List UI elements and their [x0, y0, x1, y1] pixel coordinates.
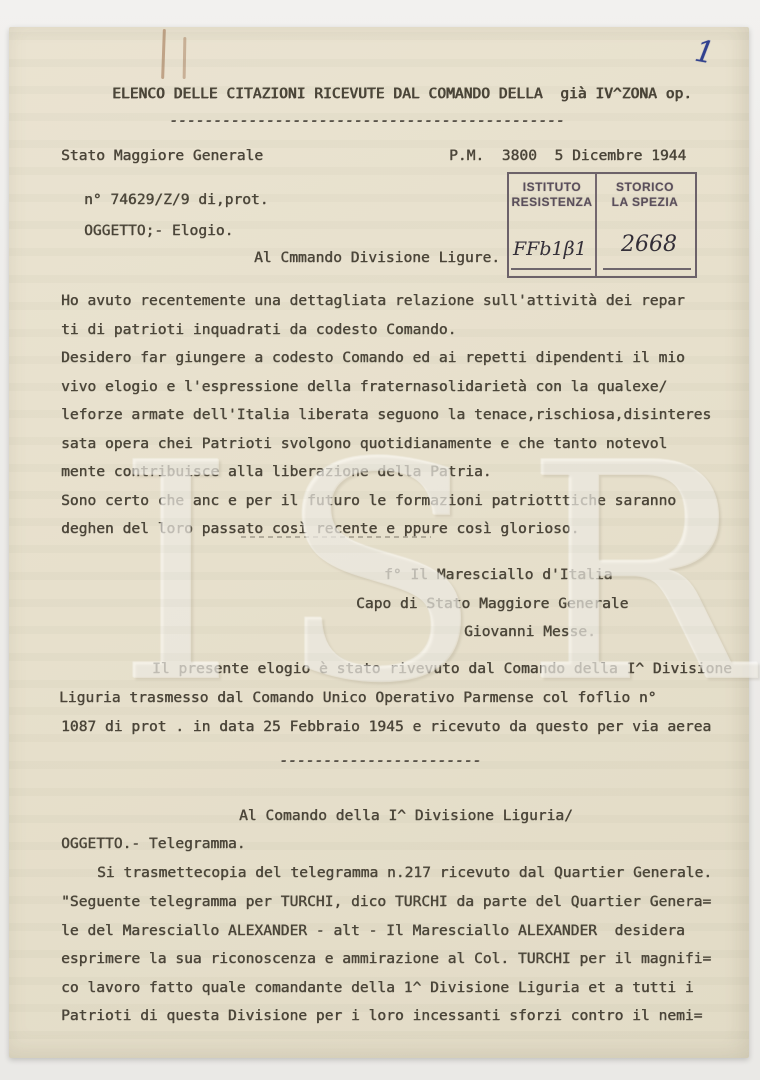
archive-stamp: ISTITUTO RESISTENZA STORICO LA SPEZIA FF… [507, 172, 697, 278]
document-page: 1 ELENCO DELLE CITAZIONI RICEVUTE DAL CO… [9, 27, 749, 1058]
stamp-text: RESISTENZA [509, 195, 595, 210]
body-line: Desidero far giungere a codesto Comando … [61, 348, 685, 368]
title-underline-dashes: ----------------------------------------… [169, 111, 564, 131]
body-line: Il presente elogio è stato rivevuto dal … [152, 659, 732, 679]
faint-dash-line [241, 536, 431, 538]
handwritten-shelfmark: FFb1β1 [513, 238, 587, 260]
body-line: ti di patrioti inquadrati da codesto Com… [61, 320, 456, 340]
stamp-right-column: STORICO LA SPEZIA [595, 180, 695, 210]
addressee-line: Al Cmmando Divisione Ligure. [254, 248, 500, 268]
handwritten-archive-number: 2668 [621, 232, 677, 257]
addressee-line: Al Comando della I^ Divisione Liguria/ [239, 806, 573, 826]
handwritten-page-number: 1 [692, 34, 717, 72]
signature-name: Giovanni Messe. [464, 622, 596, 642]
stamp-text: STORICO [595, 180, 695, 195]
separator-dashes: ----------------------- [279, 751, 481, 771]
stamp-header-row: ISTITUTO RESISTENZA STORICO LA SPEZIA [509, 180, 695, 210]
body-line: 1087 di prot . in data 25 Febbraio 1945 … [61, 717, 711, 737]
stamp-left-column: ISTITUTO RESISTENZA [509, 180, 595, 210]
body-line: leforze armate dell'Italia liberata segu… [61, 405, 711, 425]
subject-line: OGGETTO;- Elogio. [84, 221, 233, 241]
rust-mark [161, 29, 166, 79]
body-line: esprimere la sua riconoscenza e ammirazi… [61, 949, 711, 969]
field-post-and-date: P.M. 3800 5 Dicembre 1944 [449, 146, 686, 166]
rust-mark [183, 37, 187, 79]
body-line: Liguria trasmesso dal Comando Unico Oper… [59, 688, 656, 708]
body-line: co lavoro fatto quale comandante della 1… [61, 978, 694, 998]
protocol-number: n° 74629/Z/9 di,prot. [84, 190, 269, 210]
body-line: le del Maresciallo ALEXANDER - alt - Il … [61, 921, 685, 941]
body-line: Si trasmettecopia del telegramma n.217 r… [97, 863, 712, 883]
body-line: Sono certo che anc e per il futuro le fo… [61, 491, 676, 511]
body-line: Ho avuto recentemente una dettagliata re… [61, 291, 685, 311]
signature-line: Capo di Stato Maggiore Generale [356, 594, 628, 614]
document-title: ELENCO DELLE CITAZIONI RICEVUTE DAL COMA… [112, 84, 692, 104]
issuing-office: Stato Maggiore Generale [61, 146, 263, 166]
subject-line: OGGETTO.- Telegramma. [61, 834, 246, 854]
signature-line: f° Il Maresciallo d'Italia [384, 565, 612, 585]
body-line: Patrioti di questa Divisione per i loro … [61, 1006, 702, 1026]
stamp-text: LA SPEZIA [595, 195, 695, 210]
body-line: sata opera chei Patrioti svolgono quotid… [61, 434, 667, 454]
body-line: vivo elogio e l'espressione della frater… [61, 377, 667, 397]
archive-number-underline [603, 268, 691, 270]
shelfmark-underline [511, 268, 591, 270]
body-line: mente contribuisce alla liberazione dell… [61, 462, 492, 482]
stamp-text: ISTITUTO [509, 180, 595, 195]
body-line: "Seguente telegramma per TURCHI, dico TU… [61, 892, 711, 912]
